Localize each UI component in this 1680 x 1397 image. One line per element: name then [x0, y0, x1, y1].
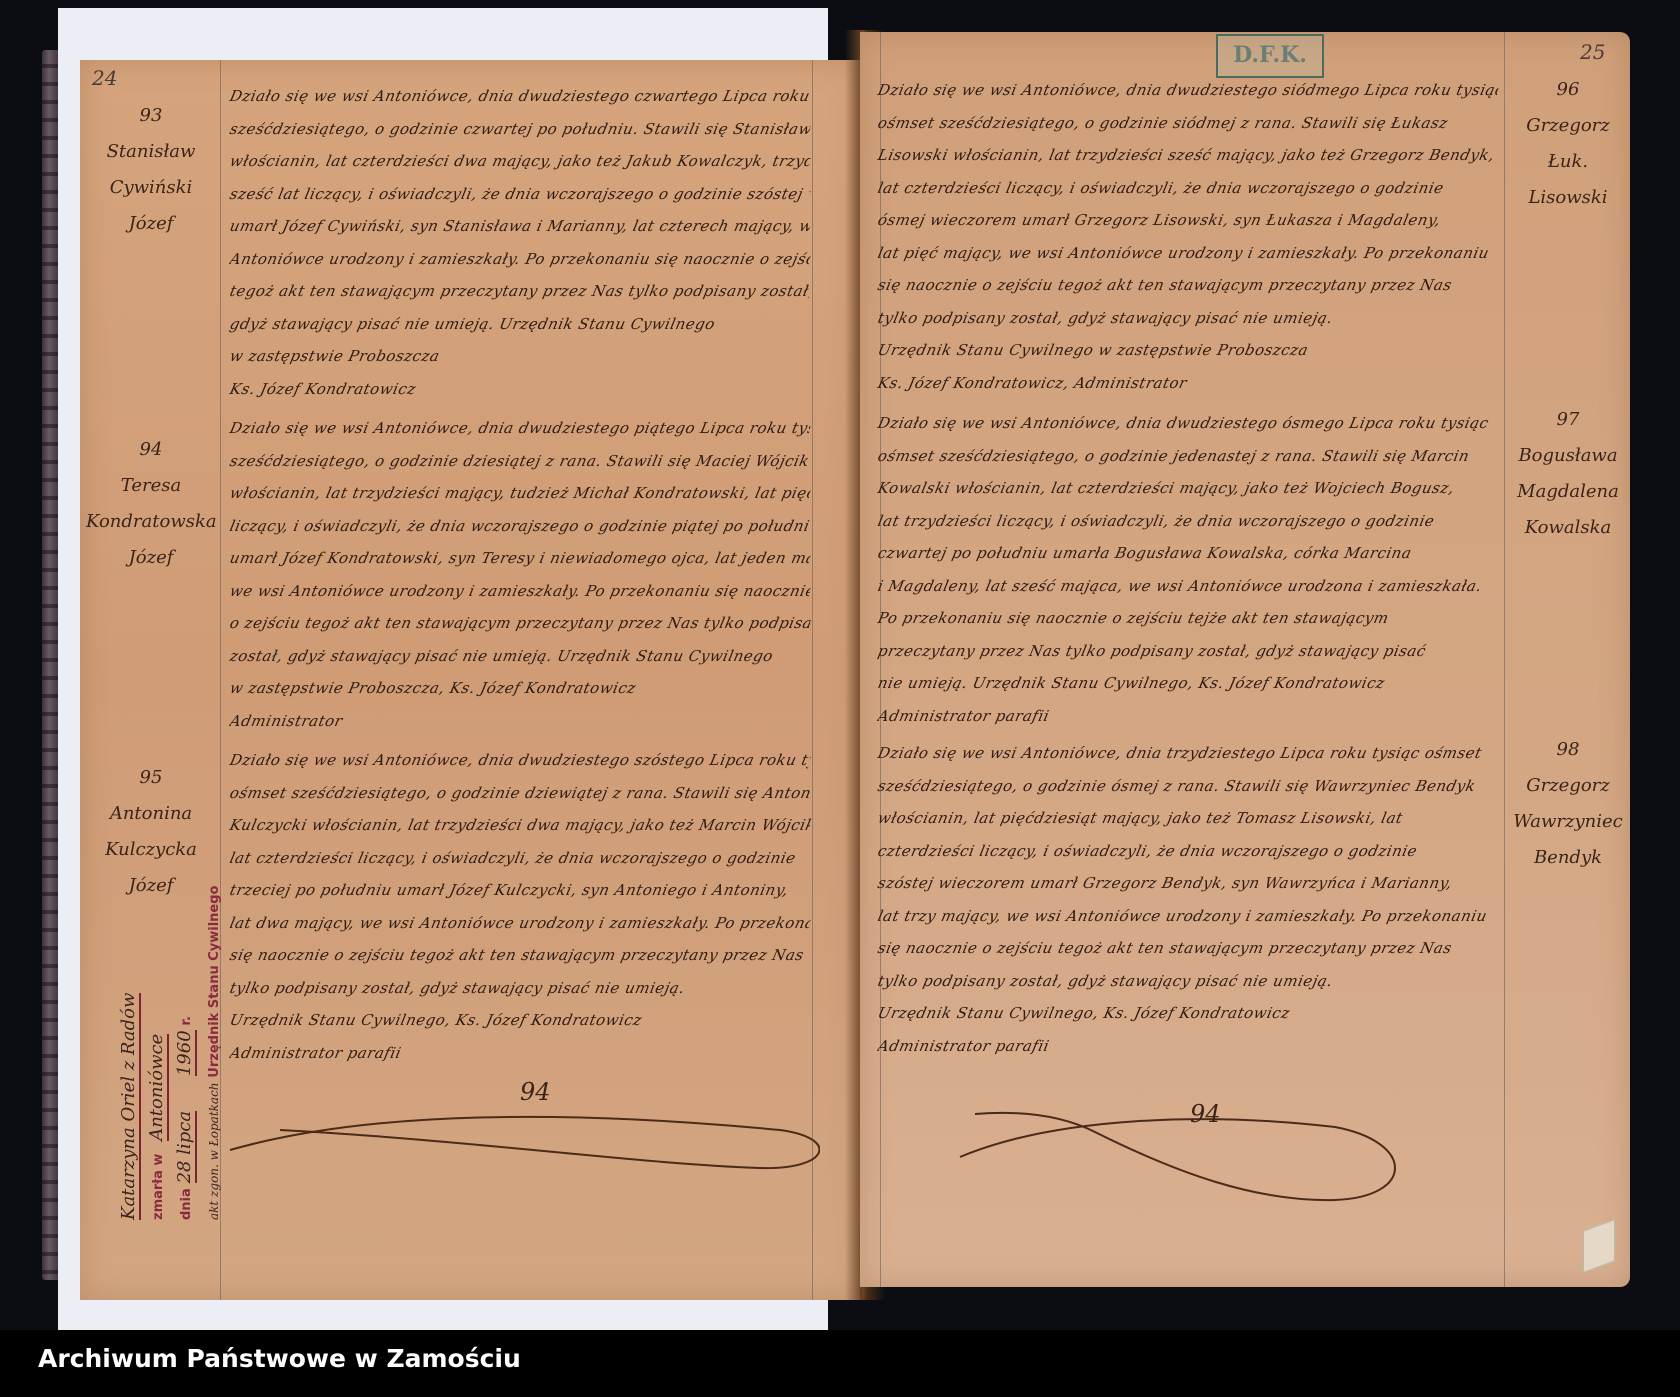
record-line: został, gdyż stawający pisać nie umieją.… [227, 640, 814, 673]
right-page: 25 96 Grzegorz Łuk. Lisowski 97 Bogusław… [860, 32, 1630, 1287]
record-line: sześćdziesiątego, o godzinie dziesiątej … [227, 445, 814, 478]
entry-number: 98 [1508, 732, 1628, 768]
entry-number: 97 [1508, 402, 1628, 438]
margin-entry-96: 96 Grzegorz Łuk. Lisowski [1508, 72, 1628, 216]
record-line: Administrator parafii [875, 700, 1502, 733]
record-line: Kulczycki włościanin, lat trzydzieści dw… [227, 809, 814, 842]
record-line: nie umieją. Urzędnik Stanu Cywilnego, Ks… [875, 667, 1502, 700]
entry-name: Cywiński [86, 170, 216, 206]
record-line: Administrator parafii [227, 1037, 814, 1070]
record-line: lat czterdzieści liczący, i oświadczyli,… [227, 842, 814, 875]
archive-name: Archiwum Państwowe w Zamościu [38, 1344, 521, 1373]
record-line: czwartej po południu umarła Bogusława Ko… [875, 537, 1502, 570]
record-line: włościanin, lat czterdzieści dwa mający,… [227, 145, 814, 178]
entry-name: Wawrzyniec [1508, 804, 1628, 840]
record-line: Działo się we wsi Antoniówce, dnia dwudz… [227, 412, 814, 445]
record-line: sześćdziesiątego, o godzinie czwartej po… [227, 113, 814, 146]
record-line: liczący, i oświadczyli, że dnia wczorajs… [227, 510, 814, 543]
record-line: Lisowski włościanin, lat trzydzieści sze… [875, 139, 1502, 172]
record-line: szóstej wieczorem umarł Grzegorz Bendyk,… [875, 867, 1502, 900]
record-line: we wsi Antoniówce urodzony i zamieszkały… [227, 575, 814, 608]
record-line: Urzędnik Stanu Cywilnego w zastępstwie P… [875, 334, 1502, 367]
record-line: się naocznie o zejściu tegoż akt ten sta… [227, 939, 814, 972]
record-line: włościanin, lat trzydzieści mający, tudz… [227, 477, 814, 510]
death-record-94: Działo się we wsi Antoniówce, dnia dwudz… [230, 412, 810, 737]
record-line: lat trzy mający, we wsi Antoniówce urodz… [875, 900, 1502, 933]
record-line: Urzędnik Stanu Cywilnego, Ks. Józef Kond… [227, 1004, 814, 1037]
entry-name: Józef [86, 206, 216, 242]
margin-rule [1504, 32, 1505, 1287]
record-line: Administrator [227, 705, 814, 738]
signature-flourish [955, 1102, 1415, 1212]
record-line: i Magdaleny, lat sześć mająca, we wsi An… [875, 570, 1502, 603]
record-line: Działo się we wsi Antoniówce, dnia dwudz… [227, 744, 814, 777]
stamp-died-label: zmarła w [151, 1154, 166, 1220]
entry-name: Grzegorz [1508, 108, 1628, 144]
record-line: Działo się we wsi Antoniówce, dnia trzyd… [875, 737, 1502, 770]
record-line: gdyż stawający pisać nie umieją. Urzędni… [227, 308, 814, 341]
record-line: tylko podpisany został, gdyż stawający p… [875, 302, 1502, 335]
record-line: tylko podpisany został, gdyż stawający p… [227, 972, 814, 1005]
record-line: sześćdziesiątego, o godzinie ósmej z ran… [875, 770, 1502, 803]
record-line: tegoż akt ten stawającym przeczytany prz… [227, 275, 814, 308]
archive-footer: Archiwum Państwowe w Zamościu [0, 1330, 1680, 1397]
death-record-95: Działo się we wsi Antoniówce, dnia dwudz… [230, 744, 810, 1069]
entry-name: Stanisław [86, 134, 216, 170]
entry-name: Łuk. [1508, 144, 1628, 180]
record-line: umarł Józef Cywiński, syn Stanisława i M… [227, 210, 814, 243]
record-line: Ks. Józef Kondratowicz [227, 373, 814, 406]
entry-number: 96 [1508, 72, 1628, 108]
record-line: czterdzieści liczący, i oświadczyli, że … [875, 835, 1502, 868]
stamp-office: Urzędnik Stanu Cywilnego [207, 886, 222, 1078]
stamp-date-label: dnia [179, 1188, 194, 1220]
record-line: lat dwa mający, we wsi Antoniówce urodzo… [227, 907, 814, 940]
margin-entry-93: 93 Stanisław Cywiński Józef [86, 98, 216, 242]
record-line: trzeciej po południu umarł Józef Kulczyc… [227, 874, 814, 907]
entry-name: Bendyk [1508, 840, 1628, 876]
record-line: Antoniówce urodzony i zamieszkały. Po pr… [227, 243, 814, 276]
record-line: lat pięć mający, we wsi Antoniówce urodz… [875, 237, 1502, 270]
signature-mark: 94 [1190, 1100, 1221, 1128]
entry-number: 93 [86, 98, 216, 134]
stamp-name: Katarzyna Oriel z Radów [118, 993, 141, 1220]
record-line: ośmset sześćdziesiątego, o godzinie siód… [875, 107, 1502, 140]
entry-name: Teresa [86, 468, 216, 504]
death-record-93: Działo się we wsi Antoniówce, dnia dwudz… [230, 80, 810, 405]
record-line: się naocznie o zejściu tegoż akt ten sta… [875, 932, 1502, 965]
death-record-96: Działo się we wsi Antoniówce, dnia dwudz… [878, 74, 1498, 399]
record-line: Urzędnik Stanu Cywilnego, Ks. Józef Kond… [875, 997, 1502, 1030]
entry-name: Antonina [86, 796, 216, 832]
entry-name: Grzegorz [1508, 768, 1628, 804]
record-line: lat czterdzieści liczący, i oświadczyli,… [875, 172, 1502, 205]
record-line: Po przekonaniu się naocznie o zejściu te… [875, 602, 1502, 635]
stamp-died-place: Antoniówce [146, 1034, 169, 1141]
entry-name: Józef [86, 540, 216, 576]
record-line: w zastępstwie Proboszcza, Ks. Józef Kond… [227, 672, 814, 705]
stamp-year-suffix: r. [179, 1016, 194, 1026]
record-line: sześć lat liczący, i oświadczyli, że dni… [227, 178, 814, 211]
record-line: tylko podpisany został, gdyż stawający p… [875, 965, 1502, 998]
record-line: włościanin, lat pięćdziesiąt mający, jak… [875, 802, 1502, 835]
record-line: Działo się we wsi Antoniówce, dnia dwudz… [875, 74, 1502, 107]
entry-name: Lisowski [1508, 180, 1628, 216]
record-line: Administrator parafii [875, 1030, 1502, 1063]
entry-name: Kowalska [1508, 510, 1628, 546]
record-line: Działo się we wsi Antoniówce, dnia dwudz… [875, 407, 1502, 440]
record-line: ośmset sześćdziesiątego, o godzinie jede… [875, 440, 1502, 473]
record-line: o zejściu tegoż akt ten stawającym przec… [227, 607, 814, 640]
dfk-stamp: D.F.K. [1216, 34, 1324, 78]
margin-entry-98: 98 Grzegorz Wawrzyniec Bendyk [1508, 732, 1628, 876]
margin-entry-97: 97 Bogusława Magdalena Kowalska [1508, 402, 1628, 546]
stamp-act-note: akt zgon. w Łopatkach [207, 1082, 221, 1220]
record-line: się naocznie o zejściu tegoż akt ten sta… [875, 269, 1502, 302]
record-line: Ks. Józef Kondratowicz, Administrator [875, 367, 1502, 400]
entry-number: 95 [86, 760, 216, 796]
death-record-97: Działo się we wsi Antoniówce, dnia dwudz… [878, 407, 1498, 732]
record-line: ośmset sześćdziesiątego, o godzinie dzie… [227, 777, 814, 810]
margin-entry-94: 94 Teresa Kondratowska Józef [86, 432, 216, 576]
record-line: w zastępstwie Proboszcza [227, 340, 814, 373]
record-line: Działo się we wsi Antoniówce, dnia dwudz… [227, 80, 814, 113]
record-line: ósmej wieczorem umarł Grzegorz Lisowski,… [875, 204, 1502, 237]
entry-name: Magdalena [1508, 474, 1628, 510]
record-line: Kowalski włościanin, lat czterdzieści ma… [875, 472, 1502, 505]
entry-name: Bogusława [1508, 438, 1628, 474]
stamp-year: 1960 [174, 1030, 197, 1076]
death-record-98: Działo się we wsi Antoniówce, dnia trzyd… [878, 737, 1498, 1062]
entry-name: Kondratowska [86, 504, 216, 540]
record-line: lat trzydzieści liczący, i oświadczyli, … [875, 505, 1502, 538]
left-page-number: 24 [92, 66, 117, 90]
record-line: przeczytany przez Nas tylko podpisany zo… [875, 635, 1502, 668]
stamp-date-value: 28 lipca [174, 1111, 197, 1183]
entry-name: Kulczycka [86, 832, 216, 868]
annotation-stamp: Katarzyna Oriel z Radów zmarła w Antonió… [115, 880, 265, 1220]
signature-mark: 94 [520, 1078, 551, 1106]
scan-background: 24 93 Stanisław Cywiński Józef 94 Teresa… [0, 0, 1680, 1330]
record-line: umarł Józef Kondratowski, syn Teresy i n… [227, 542, 814, 575]
entry-number: 94 [86, 432, 216, 468]
right-page-number: 25 [1580, 40, 1605, 64]
